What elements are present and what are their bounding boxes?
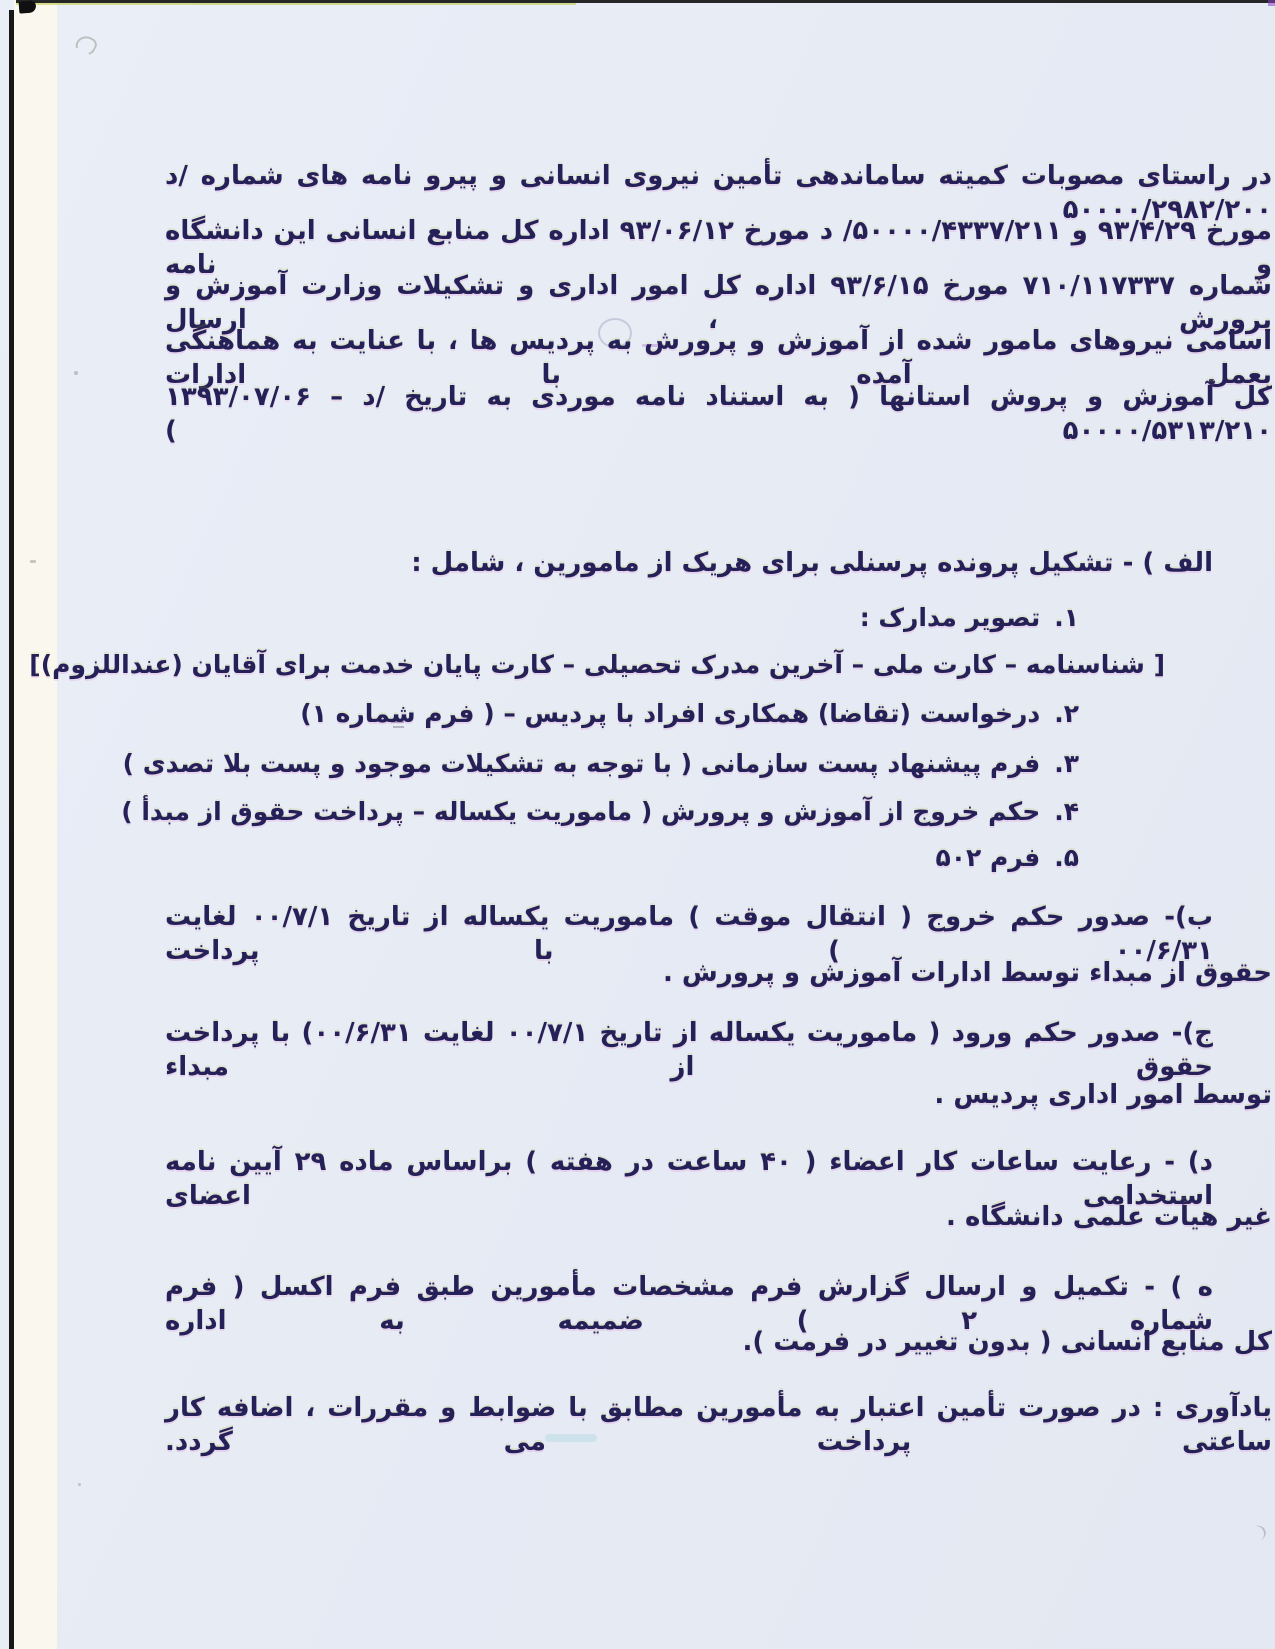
intro-line-5: کل آموزش و پروش استانها ( به استناد نامه… bbox=[165, 381, 1272, 449]
item-number: ۳. bbox=[1054, 748, 1079, 781]
text-segment: [ شناسنامه – کارت ملی – آخرین مدرک تحصیل… bbox=[29, 650, 1165, 679]
text-segment: مورخ bbox=[1196, 216, 1272, 246]
section-jim-line-2: توسط امور اداری پردیس . bbox=[934, 1079, 1272, 1113]
list-item-3: ۳.فرم پیشنهاد پست سازمانی ( با توجه به ت… bbox=[123, 748, 1079, 781]
text-segment: – bbox=[311, 382, 362, 412]
section-jim-line-1: ج)- صدور حکم ورود ( ماموریت یکساله از تا… bbox=[165, 1017, 1272, 1085]
text-segment: لغایت bbox=[412, 1018, 506, 1048]
list-item-4: ۴.حکم خروج از آموزش و پرورش ( ماموریت یک… bbox=[121, 796, 1079, 829]
text-segment: غیر هیأت علمی دانشگاه . bbox=[946, 1202, 1272, 1232]
text-segment: کل منابع انسانی ( بدون تغییر در فرمت ). bbox=[743, 1327, 1272, 1357]
item-text: حکم خروج از آموزش و پرورش ( ماموریت یکسا… bbox=[121, 797, 1040, 826]
documents-bracket-line: [ شناسنامه – کارت ملی – آخرین مدرک تحصیل… bbox=[29, 649, 1165, 682]
date-value: ۰۰/۶/۳۱ bbox=[313, 1018, 411, 1048]
text-segment: مورخ bbox=[929, 271, 1023, 301]
item-number: ۱. bbox=[1054, 602, 1079, 635]
section-be-line-2: حقوق از مبداء توسط ادارات آموزش و پرورش … bbox=[663, 957, 1272, 991]
item-text: تصویر مدارک : bbox=[860, 603, 1041, 632]
letter-number: د /۵۰۰۰۰/۴۳۳۷/۲۱۱ bbox=[820, 216, 1062, 246]
text-segment: حقوق از مبداء توسط ادارات آموزش و پرورش … bbox=[663, 958, 1272, 988]
item-number: ۲. bbox=[1054, 698, 1079, 731]
item-text: فرم پیشنهاد پست سازمانی ( با توجه به تشک… bbox=[123, 749, 1041, 778]
text-segment: الف ) - تشکیل پرونده پرسنلی برای هریک از… bbox=[411, 548, 1213, 578]
text-segment: یادآوری : در صورت تأمین اعتبار به مأموری… bbox=[165, 1393, 1272, 1457]
text-segment: شماره bbox=[1175, 271, 1272, 301]
letter-number: ۷۱۰/۱۱۷۳۳۷ bbox=[1023, 271, 1175, 301]
date-value: ۹۳/۰۶/۱۲ bbox=[620, 216, 734, 246]
section-dal-line-2: غیر هیأت علمی دانشگاه . bbox=[946, 1201, 1272, 1235]
list-item-5: ۵.فرم ۵۰۲ bbox=[936, 842, 1080, 875]
scan-edge-strip bbox=[14, 0, 57, 1649]
date-value: ۰۰/۷/۱ bbox=[506, 1018, 588, 1048]
scan-artifact bbox=[78, 1483, 81, 1486]
reminder-note: یادآوری : در صورت تأمین اعتبار به مأموری… bbox=[165, 1392, 1272, 1460]
text-segment: ) bbox=[165, 416, 1063, 446]
text-segment: در راستای مصوبات کمیته ساماندهی تأمین نی… bbox=[188, 161, 1272, 191]
scanned-letter-page: در راستای مصوبات کمیته ساماندهی تأمین نی… bbox=[0, 0, 1275, 1649]
item-number: ۵. bbox=[1054, 842, 1079, 875]
item-text: فرم ۵۰۲ bbox=[936, 843, 1041, 872]
date-value: ۹۳/۴/۲۹ bbox=[1098, 216, 1196, 246]
item-text: درخواست (تقاضا) همکاری افراد با پردیس – … bbox=[300, 699, 1040, 728]
date-value: ۱۳۹۳/۰۷/۰۶ bbox=[165, 382, 311, 412]
text-segment: ج)- صدور حکم ورود ( ماموریت یکساله از تا… bbox=[588, 1018, 1213, 1048]
text-segment: توسط امور اداری پردیس . bbox=[934, 1080, 1272, 1110]
date-value: ۰۰/۷/۱ bbox=[251, 902, 333, 932]
list-item-1: ۱.تصویر مدارک : bbox=[860, 602, 1079, 635]
scan-edge-line bbox=[9, 10, 14, 1649]
text-segment: لغایت bbox=[165, 902, 251, 932]
item-number: ۴. bbox=[1054, 796, 1079, 829]
scan-artifact bbox=[74, 371, 78, 375]
scan-artifact bbox=[73, 32, 100, 58]
text-segment: و bbox=[1062, 216, 1098, 246]
section-alef-heading: الف ) - تشکیل پرونده پرسنلی برای هریک از… bbox=[411, 547, 1213, 581]
text-segment: ب)- صدور حکم خروج ( انتقال موقت ) ماموری… bbox=[333, 902, 1213, 932]
text-segment: مورخ bbox=[734, 216, 820, 246]
section-he-line-2: کل منابع انسانی ( بدون تغییر در فرمت ). bbox=[743, 1326, 1272, 1360]
date-value: ۹۳/۶/۱۵ bbox=[830, 271, 928, 301]
list-item-2: ۲.درخواست (تقاضا) همکاری افراد با پردیس … bbox=[300, 698, 1079, 731]
text-segment: کل آموزش و پروش استانها ( به استناد نامه… bbox=[385, 382, 1272, 412]
letter-body: در راستای مصوبات کمیته ساماندهی تأمین نی… bbox=[165, 0, 1272, 1649]
scan-artifact bbox=[30, 560, 36, 563]
